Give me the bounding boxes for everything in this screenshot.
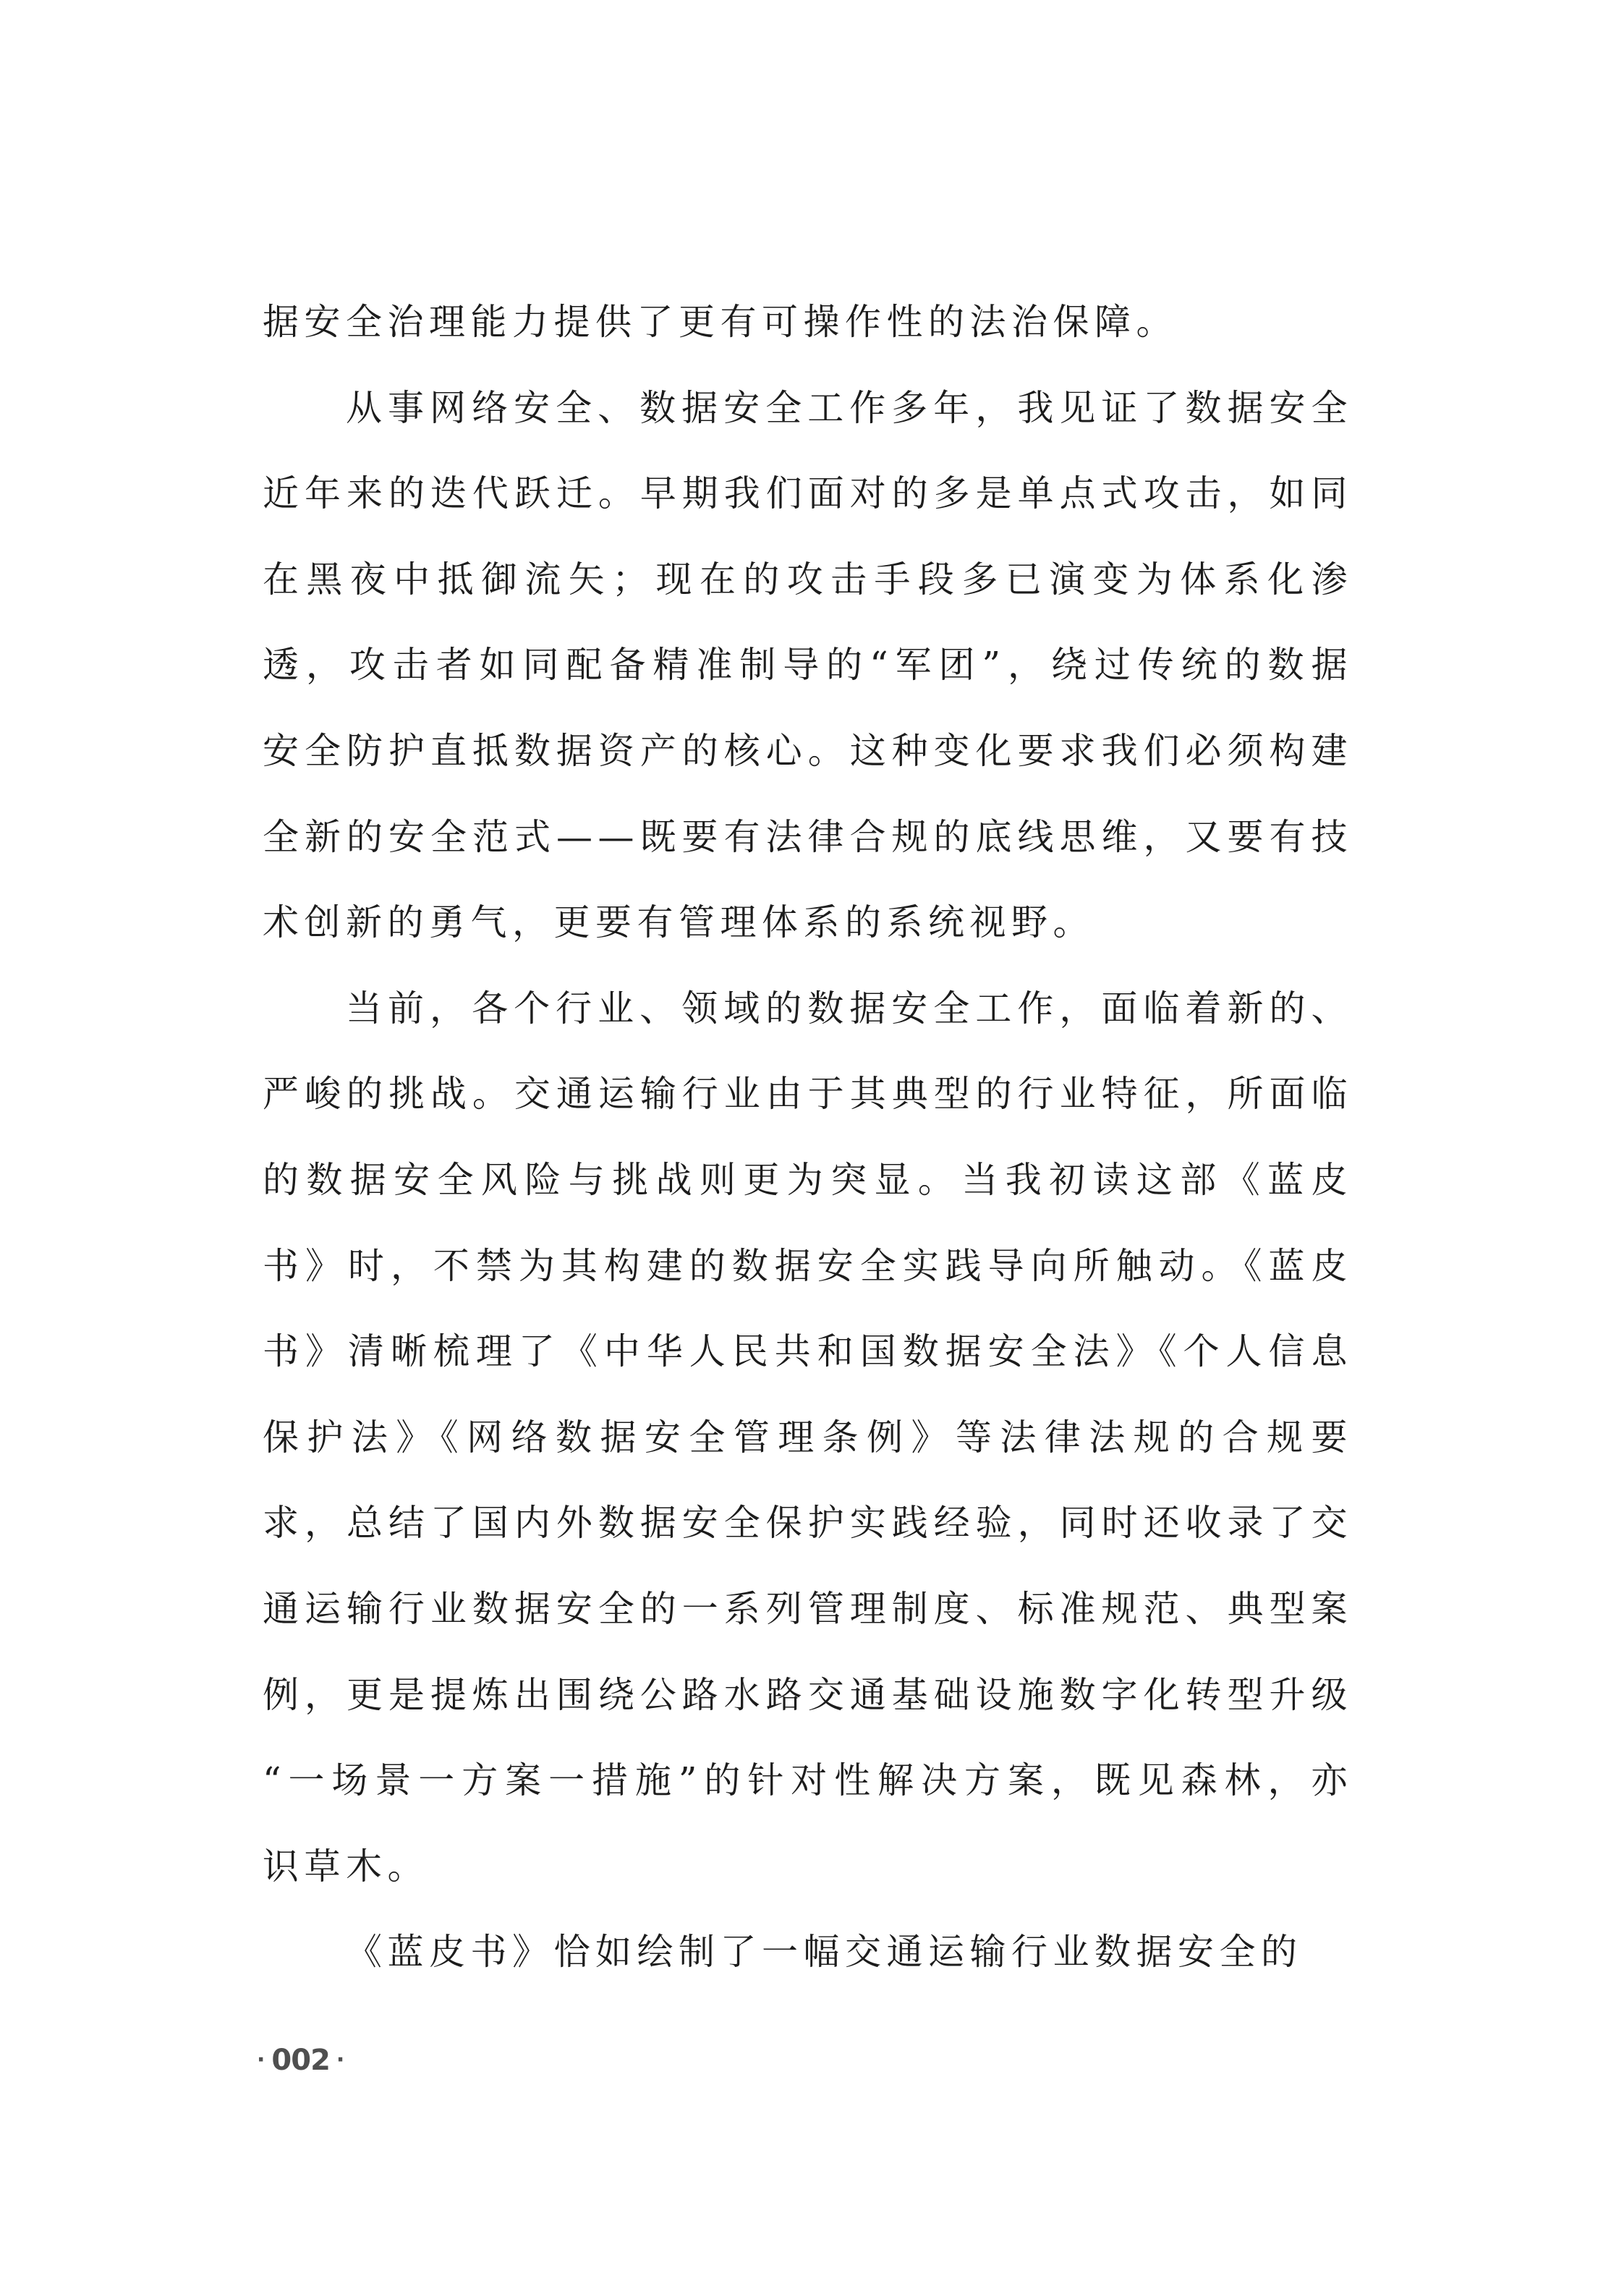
book-page: 据安全治理能力提供了更有可操作性的法治保障。 从事网络安全、数据安全工作多年，我… xyxy=(0,0,1624,2273)
page-number: · 002 · xyxy=(257,2046,344,2075)
text-line: 据安全治理能力提供了更有可操作性的法治保障。 xyxy=(263,279,1353,365)
text-line: “一场景一方案一措施”的针对性解决方案，既见森林，亦 xyxy=(263,1738,1353,1824)
text-line: 求，总结了国内外数据安全保护实践经验，同时还收录了交 xyxy=(263,1480,1353,1566)
text-line: 安全防护直抵数据资产的核心。这种变化要求我们必须构建 xyxy=(263,708,1353,794)
text-line: 近年来的迭代跃迁。早期我们面对的多是单点式攻击，如同 xyxy=(263,451,1353,537)
text-line: 透，攻击者如同配备精准制导的“军团”，绕过传统的数据 xyxy=(263,622,1353,708)
text-block: 据安全治理能力提供了更有可操作性的法治保障。 从事网络安全、数据安全工作多年，我… xyxy=(263,279,1353,1995)
text-line: 通运输行业数据安全的一系列管理制度、标准规范、典型案 xyxy=(263,1566,1353,1652)
text-line: 术创新的勇气，更要有管理体系的系统视野。 xyxy=(263,880,1353,966)
page-number-dot-right: · xyxy=(336,2049,344,2071)
text-line: 书》清晰梳理了《中华人民共和国数据安全法》《个人信息 xyxy=(263,1309,1353,1395)
text-line: 例，更是提炼出围绕公路水路交通基础设施数字化转型升级 xyxy=(263,1652,1353,1738)
text-line: 当前，各个行业、领域的数据安全工作，面临着新的、 xyxy=(263,966,1353,1052)
text-line: 识草木。 xyxy=(263,1824,1353,1910)
text-line: 《蓝皮书》恰如绘制了一幅交通运输行业数据安全的 xyxy=(263,1909,1353,1995)
text-line: 全新的安全范式——既要有法律合规的底线思维，又要有技 xyxy=(263,794,1353,880)
text-line: 从事网络安全、数据安全工作多年，我见证了数据安全 xyxy=(263,365,1353,451)
text-line: 在黑夜中抵御流矢；现在的攻击手段多已演变为体系化渗 xyxy=(263,537,1353,623)
text-line: 的数据安全风险与挑战则更为突显。当我初读这部《蓝皮 xyxy=(263,1137,1353,1223)
text-line: 保护法》《网络数据安全管理条例》等法律法规的合规要 xyxy=(263,1395,1353,1481)
page-number-value: 002 xyxy=(271,2046,330,2075)
text-line: 书》时，不禁为其构建的数据安全实践导向所触动。《蓝皮 xyxy=(263,1223,1353,1309)
text-line: 严峻的挑战。交通运输行业由于其典型的行业特征，所面临 xyxy=(263,1051,1353,1137)
page-number-dot-left: · xyxy=(257,2049,265,2071)
